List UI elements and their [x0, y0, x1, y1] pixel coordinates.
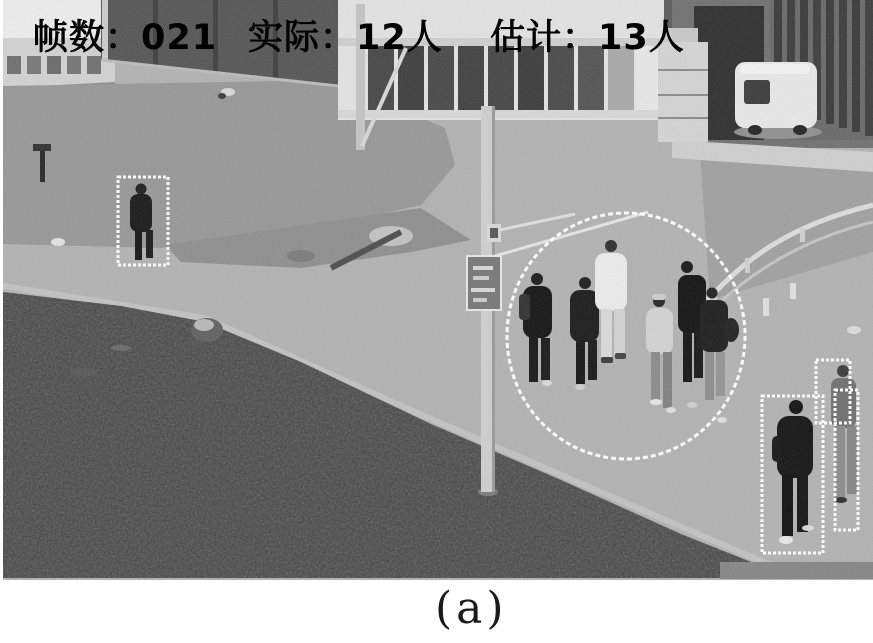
- surveillance-frame: 帧数：021 实际：12人 估计：13人: [3, 0, 873, 580]
- figure-page: 帧数：021 实际：12人 估计：13人 (a): [0, 0, 873, 643]
- noise-overlay: [3, 0, 873, 580]
- subfigure-caption: (a): [435, 583, 508, 634]
- estimated-count-overlay: 估计：13人: [490, 19, 685, 58]
- actual-count-overlay: 实际：12人: [248, 19, 443, 58]
- frame-count-overlay: 帧数：021: [33, 19, 217, 58]
